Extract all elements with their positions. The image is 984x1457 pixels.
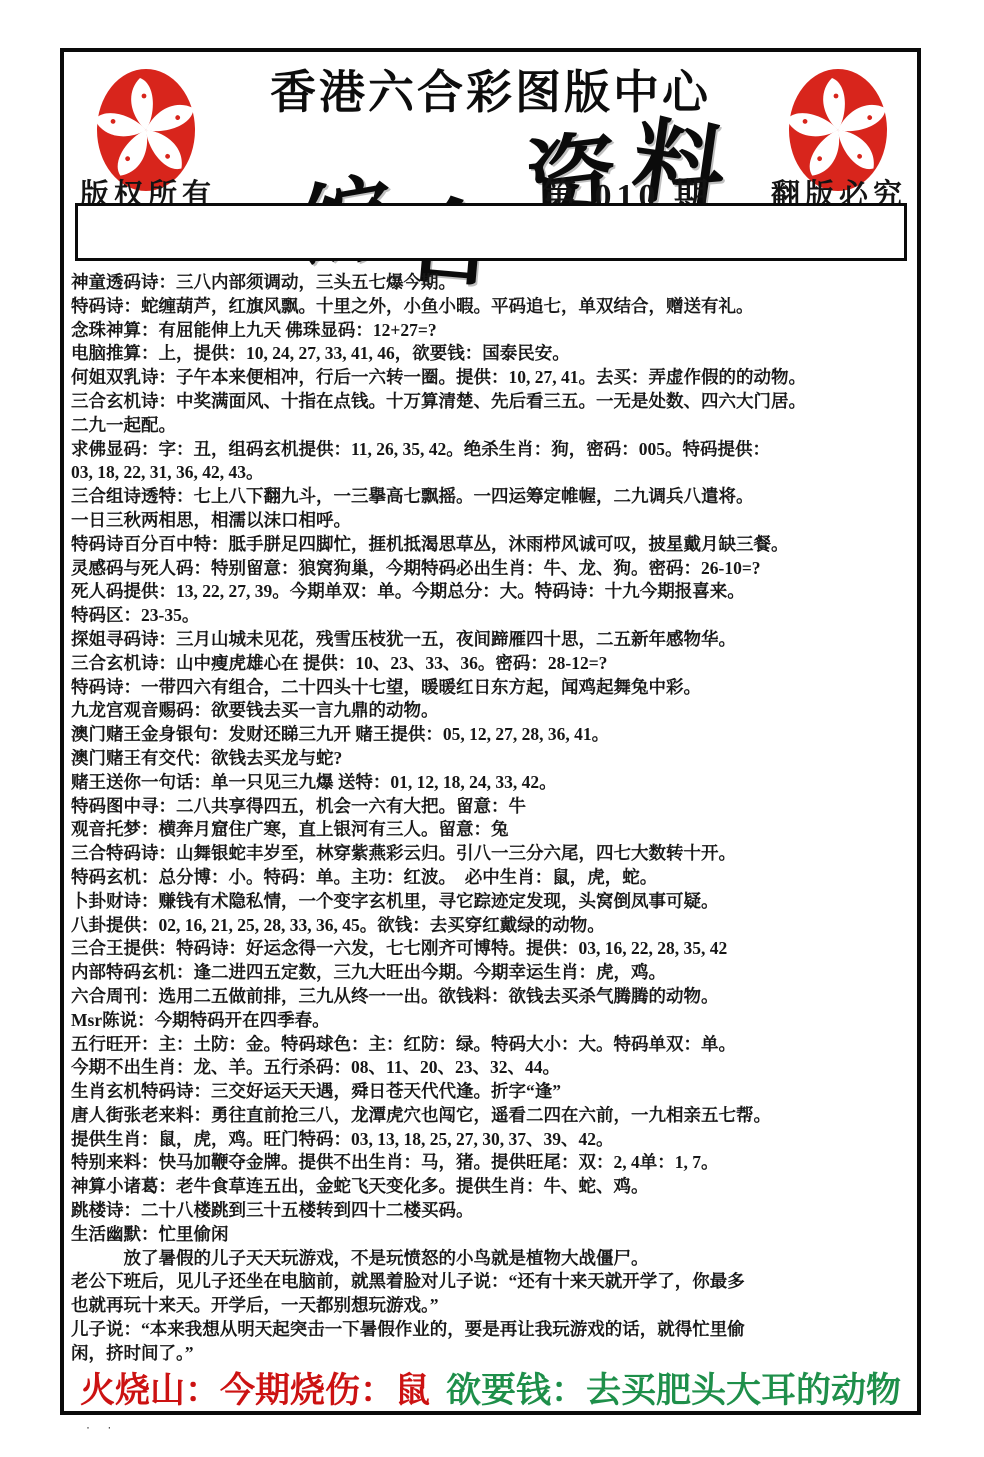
- tip-line: Msr陈说：今期特码开在四季春。: [71, 1009, 913, 1033]
- tip-line: 特码诗百分百中特：胝手胼足四脚忙，捱机抵渴思草丛，沐雨栉风诚可叹，披星戴月缺三餐…: [71, 533, 913, 557]
- lottery-info-sheet: 香港六合彩图版中心 综 合 资 料 第 010 期 版权所有 翻版必究 神童透码…: [60, 48, 921, 1415]
- tip-line: 特码诗：蛇缠葫芦，红旗风飘。十里之外，小鱼小暇。平码追七，单双结合，赠送有礼。: [71, 295, 913, 319]
- footer-green-text: 欲要钱：去买肥头大耳的动物: [446, 1371, 901, 1410]
- tip-line: 03, 18, 22, 31, 36, 42, 43。: [71, 461, 913, 485]
- tip-line: 提供生肖：鼠，虎，鸡。旺门特码：03, 13, 18, 25, 27, 30, …: [71, 1128, 913, 1152]
- page-corner-marks: · ·: [86, 1420, 118, 1434]
- tip-line: 特码玄机：总分博：小。特码：单。主功：红波。 必中生肖：鼠，虎，蛇。: [71, 866, 913, 890]
- tip-line: 六合周刊：选用二五做前排，三九从终一一出。欲钱料：欲钱去买杀气腾腾的动物。: [71, 985, 913, 1009]
- tip-line: 赌王送你一句话：单一只见三九爆 送特：01, 12, 18, 24, 33, 4…: [71, 771, 913, 795]
- tip-line: 观音托梦：横奔月窟住广寒，直上银河有三人。留意：兔: [71, 818, 913, 842]
- tip-line: 老公下班后，见儿子还坐在电脑前，就黑着脸对儿子说：“还有十来天就开学了，你最多: [71, 1270, 913, 1294]
- tip-line: 生活幽默：忙里偷闲: [71, 1223, 913, 1247]
- tip-line: 跳楼诗：二十八楼跳到三十五楼转到四十二楼买码。: [71, 1199, 913, 1223]
- tip-line: 特码区：23-35。: [71, 604, 913, 628]
- tip-line: 一日三秋两相思，相濡以沫口相呼。: [71, 509, 913, 533]
- tip-line: 特码图中寻：二八共享得四五，机会一六有大把。留意：牛: [71, 795, 913, 819]
- tip-line: 三合组诗透特：七上八下翻九斗，一三擧高七飘摇。一四运筹定帷幄，二九调兵八遣将。: [71, 485, 913, 509]
- tip-line: 三合玄机诗：中奖满面风、十指在点钱。十万算清楚、先后看三五。一无是处数、四六大门…: [71, 390, 913, 414]
- tip-line: 澳门赌王金身银句：发财还睇三九开 赌王提供：05, 12, 27, 28, 36…: [71, 723, 913, 747]
- tip-line: 九龙宫观音赐码：欲要钱去买一言九鼎的动物。: [71, 699, 913, 723]
- tip-line: 二九一起配。: [71, 414, 913, 438]
- tip-line: 何姐双乳诗：子午本来便相冲，行后一六转一圈。提供：10, 27, 41。去买：弄…: [71, 366, 913, 390]
- tip-line: 卜卦财诗：赚钱有术隐私情，一个变字玄机里，寻它踪迹定发现，头窝倒凤事可疑。: [71, 890, 913, 914]
- tip-line: 电脑推算：上，提供：10, 24, 27, 33, 41, 46，欲要钱：国泰民…: [71, 342, 913, 366]
- footer-highlight: 火烧山：今期烧伤：鼠欲要钱：去买肥头大耳的动物: [64, 1363, 917, 1413]
- blank-notice-box: [75, 203, 907, 261]
- tip-line: 生肖玄机特码诗：三交好运天天遇，舜日苍天代代逢。折字“逢”: [71, 1080, 913, 1104]
- tip-line: 灵感码与死人码：特别留意：狼窝狗巢，今期特码必出生肖：牛、龙、狗。密码：26-1…: [71, 557, 913, 581]
- tip-line: 儿子说：“本来我想从明天起突击一下暑假作业的，要是再让我玩游戏的话，就得忙里偷: [71, 1318, 913, 1342]
- tip-line: 也就再玩十来天。开学后，一天都别想玩游戏。”: [71, 1294, 913, 1318]
- tip-line: 死人码提供：13, 22, 27, 39。今期单双：单。今期总分：大。特码诗：十…: [71, 580, 913, 604]
- tip-line: 三合王提供：特码诗：好运念得一六发，七七刚齐可博特。提供：03, 16, 22,…: [71, 937, 913, 961]
- tip-line: 神算小诸葛：老牛食草连五出，金蛇飞天变化多。提供生肖：牛、蛇、鸡。: [71, 1175, 913, 1199]
- tip-line: 念珠神算：有屈能伸上九天 佛珠显码：12+27=?: [71, 319, 913, 343]
- tip-line: 求佛显码：字：丑，组码玄机提供：11, 26, 35, 42。绝杀生肖：狗，密码…: [71, 438, 913, 462]
- tip-line: 今期不出生肖：龙、羊。五行杀码：08、11、20、23、32、44。: [71, 1056, 913, 1080]
- page-title: 香港六合彩图版中心: [64, 56, 917, 122]
- tip-line: 三合玄机诗：山中瘦虎雄心在 提供：10、23、33、36。密码：28-12=?: [71, 652, 913, 676]
- tip-line: 八卦提供：02, 16, 21, 25, 28, 33, 36, 45。欲钱：去…: [71, 914, 913, 938]
- tip-line: 探姐寻码诗：三月山城未见花，残雪压枝犹一五，夜间蹄雁四十思，二五新年感物华。: [71, 628, 913, 652]
- tip-line: 特别来料：快马加鞭夺金牌。提供不出生肖：马，猪。提供旺尾：双：2, 4单：1, …: [71, 1151, 913, 1175]
- tip-line: 三合特码诗：山舞银蛇丰岁至，林穿紫燕彩云归。引八一三分六尾，四七大数转十开。: [71, 842, 913, 866]
- tip-line: 内部特码玄机：逢二进四五定数，三九大旺出今期。今期幸运生肖：虎，鸡。: [71, 961, 913, 985]
- tip-line: 放了暑假的儿子天天玩游戏，不是玩愤怒的小鸟就是植物大战僵尸。: [71, 1247, 913, 1271]
- tip-line: 五行旺开：主：土防：金。特码球色：主：红防：绿。特码大小：大。特码单双：单。: [71, 1033, 913, 1057]
- tip-line: 神童透码诗：三八内部须调动，三头五七爆今期。: [71, 271, 913, 295]
- tip-line: 特码诗：一带四六有组合，二十四头十七望，暖暖红日东方起，闻鸡起舞兔中彩。: [71, 676, 913, 700]
- tips-text-block: 神童透码诗：三八内部须调动，三头五七爆今期。 特码诗：蛇缠葫芦，红旗风飘。十里之…: [71, 271, 913, 1366]
- tip-line: 唐人街张老来料：勇往直前抢三八，龙潭虎穴也闯它，遥看二四在六前，一九相亲五七帮。: [71, 1104, 913, 1128]
- tip-line: 澳门赌王有交代：欲钱去买龙与蛇?: [71, 747, 913, 771]
- footer-red-text: 火烧山：今期烧伤：鼠: [80, 1371, 430, 1410]
